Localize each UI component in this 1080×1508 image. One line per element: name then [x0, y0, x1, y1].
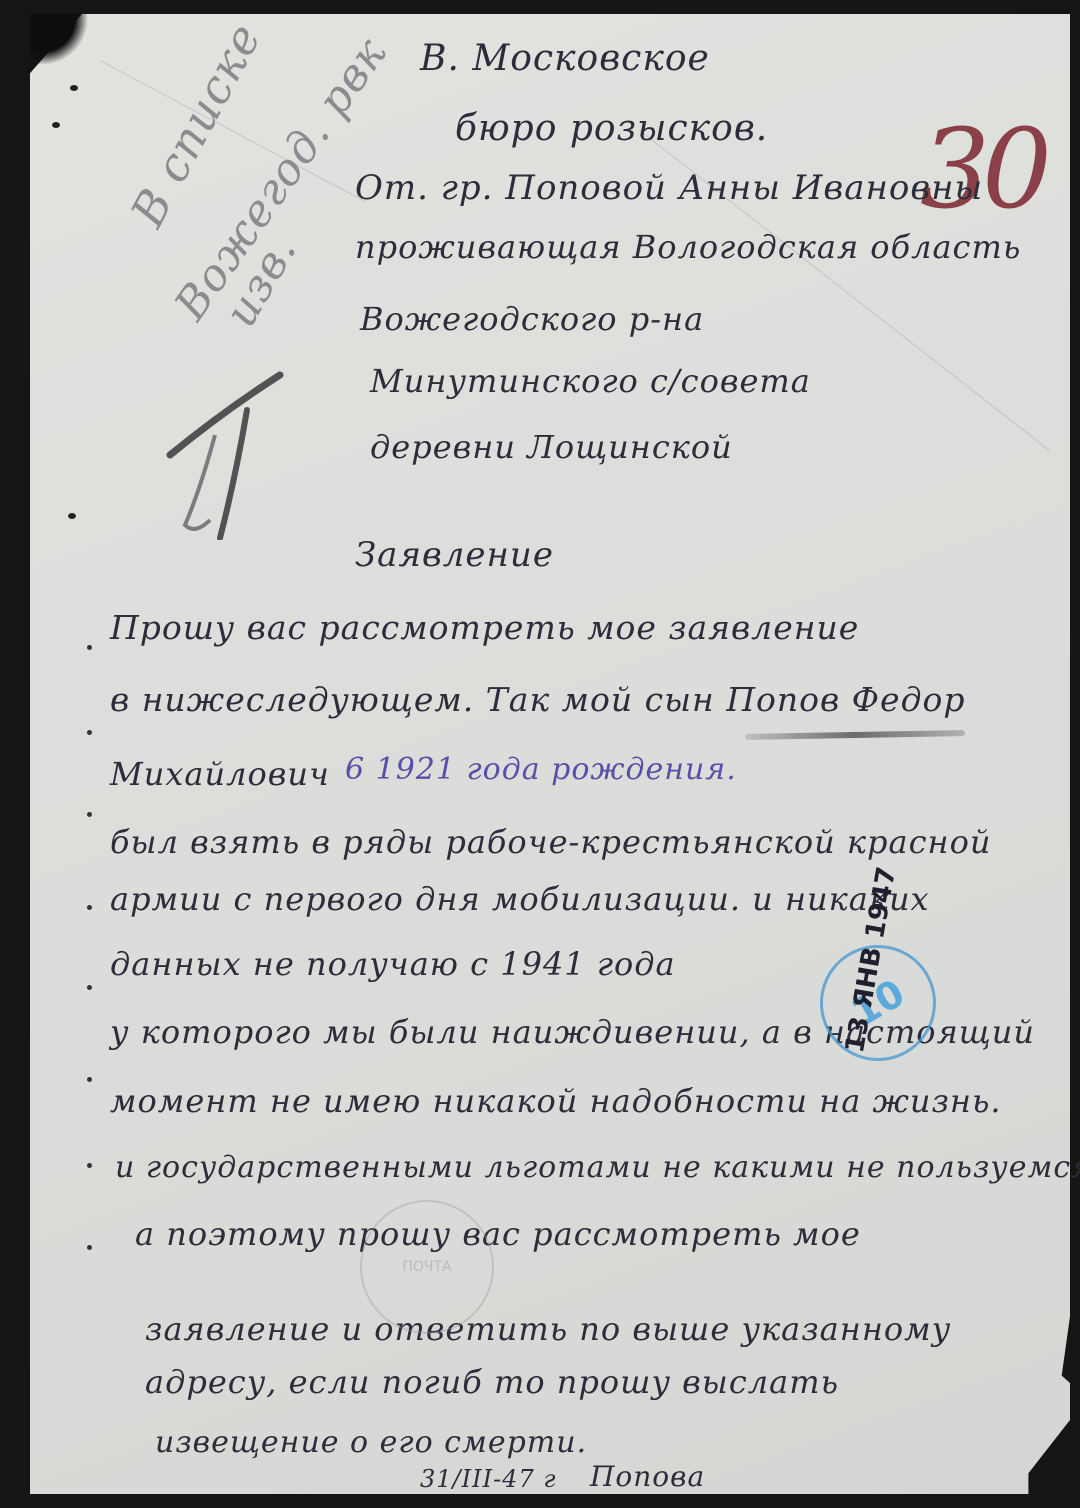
signature-date: 31/III-47 г: [420, 1465, 556, 1493]
signature-name: Попова: [590, 1460, 705, 1493]
body-line: данных не получаю с 1941 года: [110, 945, 676, 983]
address-line-4: деревни Лощинской: [370, 428, 733, 466]
margin-mark: [87, 812, 92, 817]
margin-mark: [87, 905, 92, 910]
address-line-3: Минутинского с/совета: [370, 362, 811, 400]
punch-hole: [70, 85, 78, 91]
margin-mark: [87, 730, 92, 735]
address-line-2: Вожегодского р-на: [360, 300, 704, 338]
body-line: был взять в ряды рабоче-крестьянской кра…: [110, 823, 991, 861]
addressee-line-2: бюро розысков.: [455, 108, 768, 149]
body-line: а поэтому прошу вас рассмотреть мое: [135, 1215, 861, 1253]
margin-mark: [87, 985, 92, 990]
body-line: адресу, если погиб то прошу выслать: [145, 1363, 839, 1401]
address-line-1: проживающая Вологодская область: [355, 228, 1021, 266]
violet-birth-year-insert: 6 1921 года рождения.: [345, 752, 737, 787]
faded-stamp-text: ПОЧТА: [402, 1259, 451, 1275]
document-title: Заявление: [355, 535, 554, 575]
body-line: в нижеследующем. Так мой сын Попов Федор: [110, 680, 966, 719]
body-line: извещение о его смерти.: [155, 1425, 587, 1460]
body-line: Михайлович: [110, 755, 330, 793]
pencil-letter-p-icon: [165, 360, 285, 540]
faded-round-stamp: ПОЧТА: [360, 1200, 494, 1334]
body-line: армии с первого дня мобилизации. и никак…: [110, 880, 930, 918]
punch-hole: [68, 513, 76, 519]
margin-mark: [87, 1077, 92, 1082]
punch-hole: [52, 122, 60, 128]
sender-line: От. гр. Поповой Анны Ивановны: [355, 168, 983, 208]
margin-mark: [87, 1163, 92, 1168]
body-line: заявление и ответить по выше указанному: [145, 1310, 951, 1348]
margin-mark: [87, 1245, 92, 1250]
body-line: и государственными льготами не какими не…: [115, 1150, 1080, 1185]
body-line: Прошу вас рассмотреть мое заявление: [110, 608, 859, 647]
body-line: момент не имею никакой надобности на жиз…: [110, 1082, 1002, 1120]
margin-mark: [87, 645, 92, 650]
addressee-line-1: В. Московское: [420, 38, 710, 79]
torn-corner: [30, 14, 90, 64]
